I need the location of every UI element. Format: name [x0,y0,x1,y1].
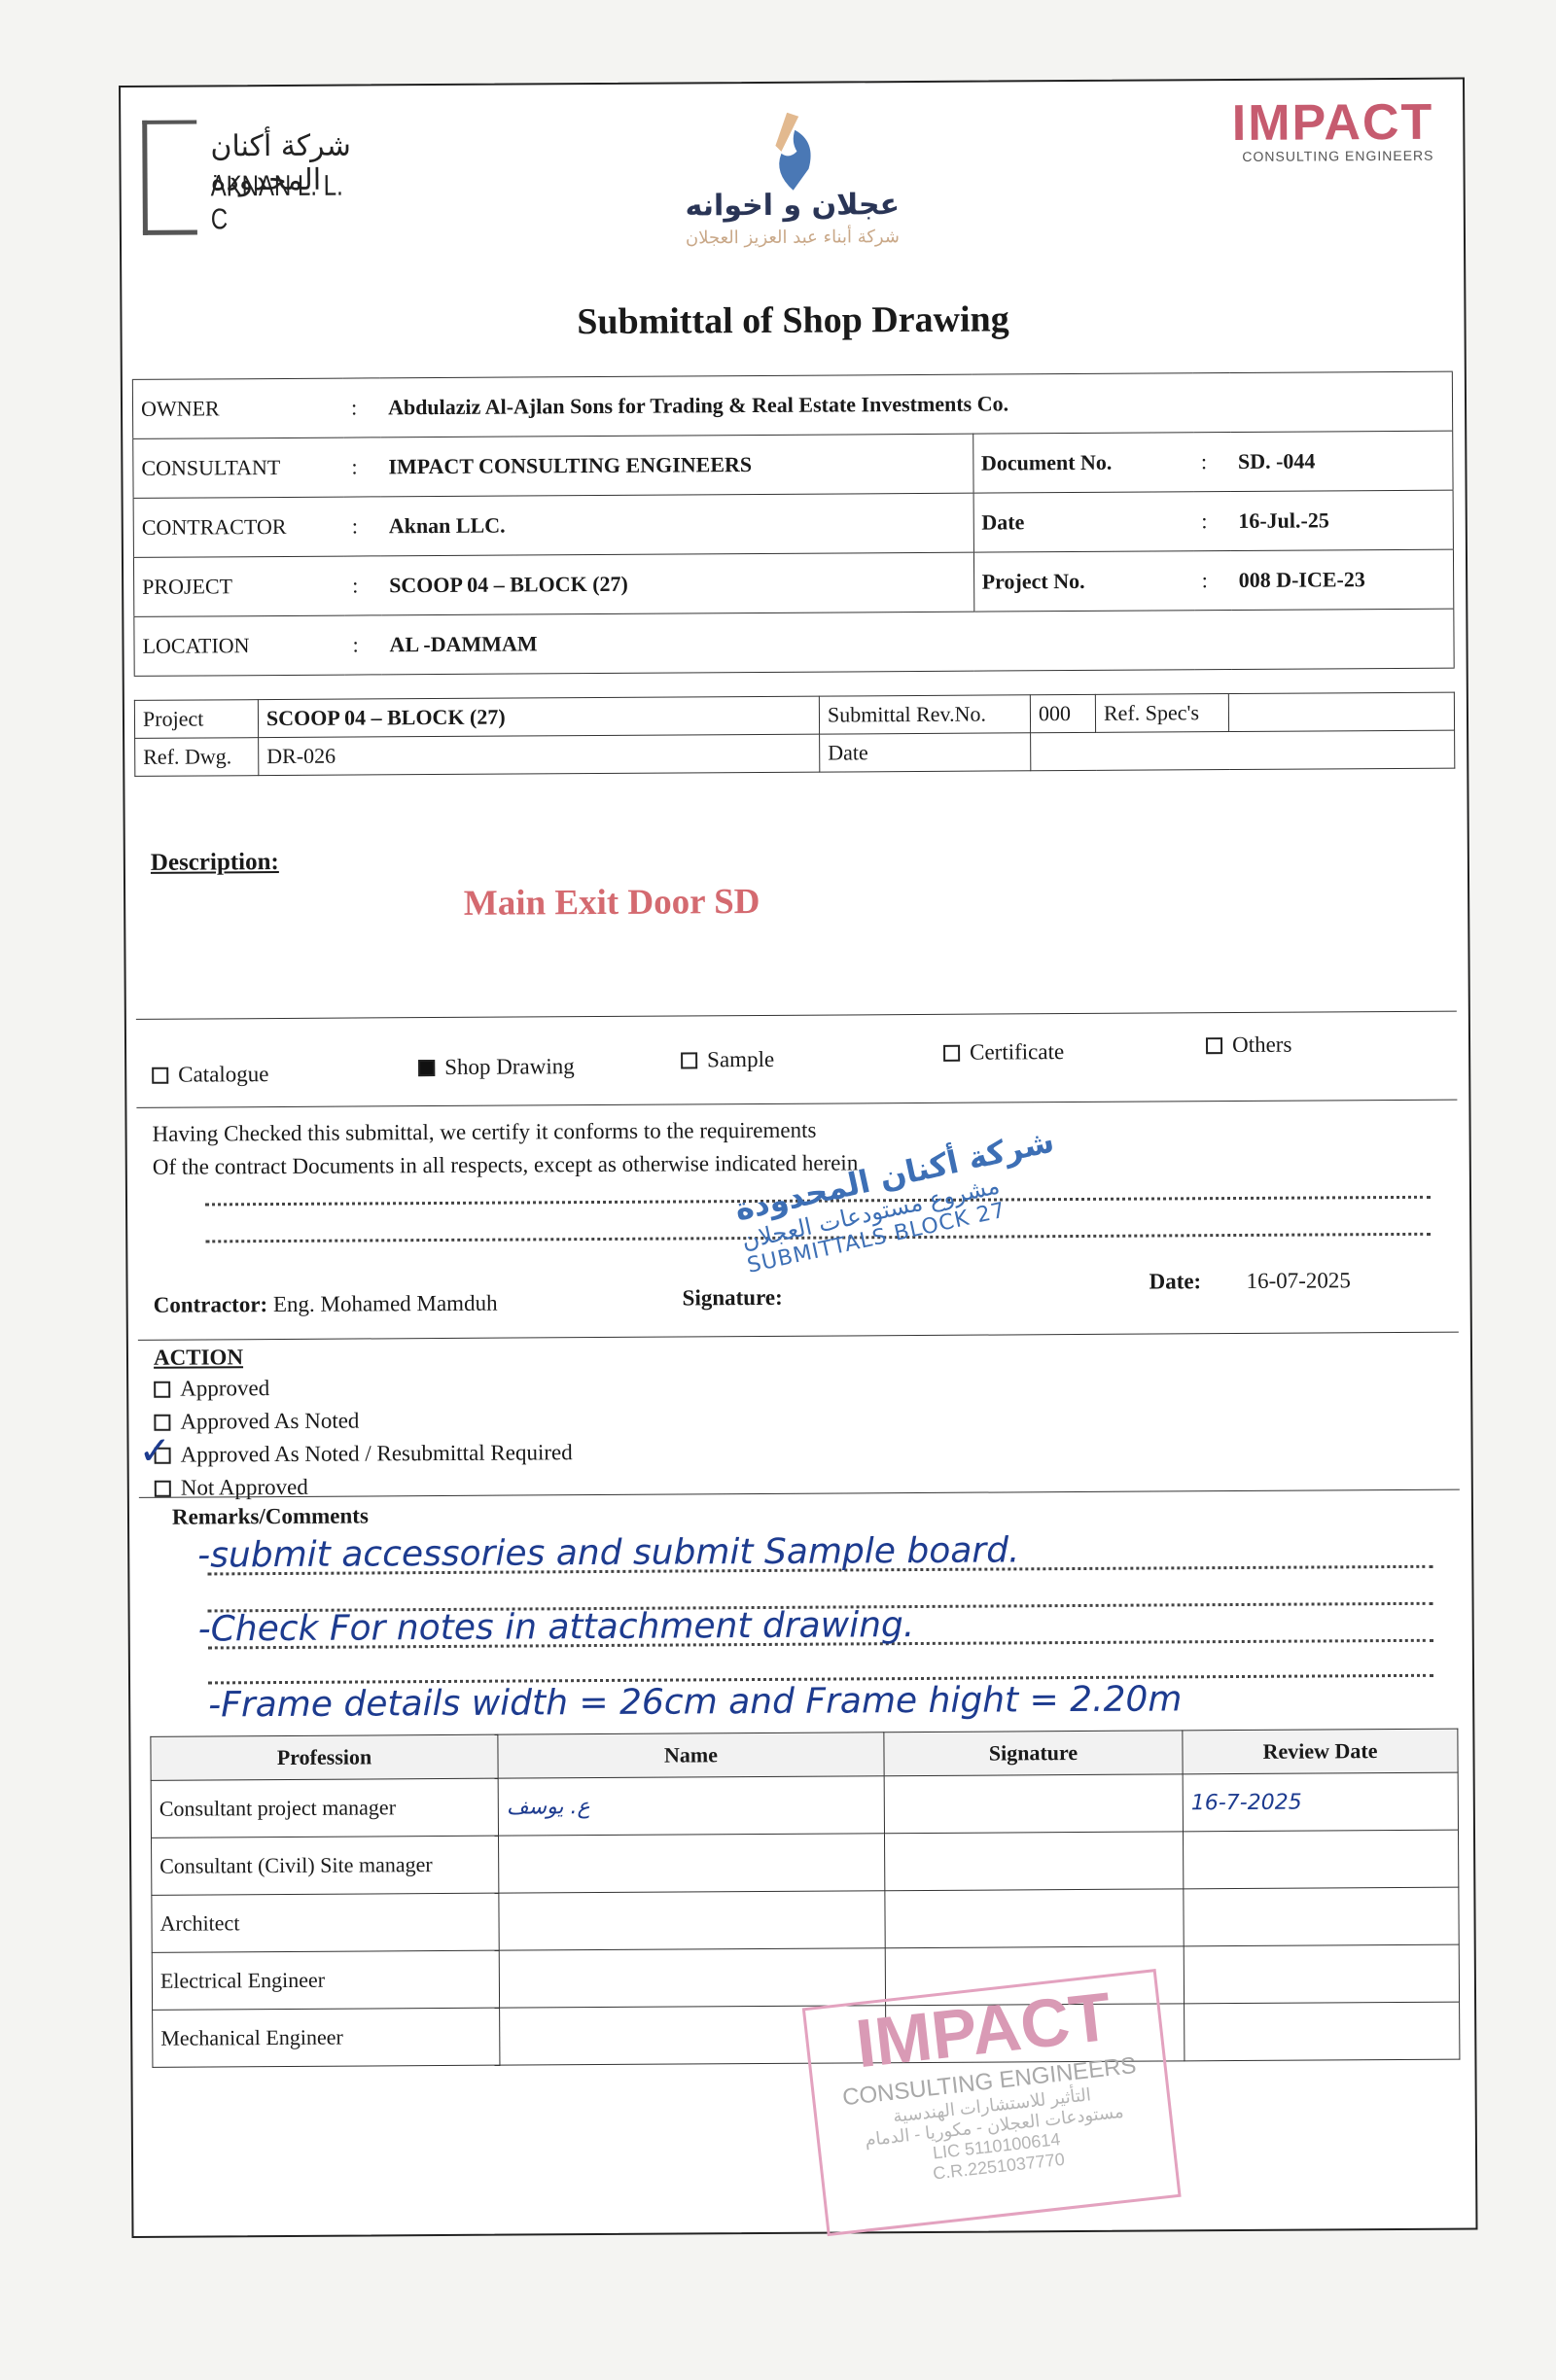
remarks-label: Remarks/Comments [172,1503,369,1529]
profession-cell: Architect [152,1893,499,1952]
column-header: Name [498,1732,884,1778]
location-value: AL -DAMMAM [381,609,1454,675]
table-row: Architect [152,1887,1459,1952]
certification-text: Having Checked this submittal, we certif… [152,1113,858,1183]
checkbox-empty-icon[interactable] [155,1480,171,1496]
type-others[interactable]: Others [1206,1032,1291,1059]
reference-table: Project SCOOP 04 – BLOCK (27) Submittal … [134,692,1455,777]
contractor-value: Aknan LLC. [381,493,973,556]
action-label: Approved As Noted / Resubmittal Required [181,1440,573,1467]
column-header: Profession [151,1734,498,1780]
submittal-type-options: Catalogue Shop Drawing Sample Certificat… [136,1011,1458,1108]
ref-project-label: Project [134,700,258,739]
project-row: PROJECT : SCOOP 04 – BLOCK (27) Project … [133,549,1453,616]
type-certificate[interactable]: Certificate [943,1039,1064,1066]
checkbox-filled-icon[interactable] [418,1060,435,1076]
checkbox-empty-icon[interactable] [943,1044,960,1061]
remark-line-2: -Check For notes in attachment drawing. [198,1605,915,1649]
owner-value: Abdulaziz Al-Ajlan Sons for Trading & Re… [380,371,1453,437]
aknan-english-name: AKNAN L. L. C [211,169,367,236]
owner-row: OWNER : Abdulaziz Al-Ajlan Sons for Trad… [132,371,1452,438]
contractor-signoff: Contractor: Eng. Mohamed Mamduh [154,1291,498,1318]
review-date-cell [1185,2002,1460,2061]
type-catalogue[interactable]: Catalogue [152,1062,268,1088]
document-no-value: SD. -044 [1230,431,1453,491]
checkbox-empty-icon[interactable] [1206,1037,1222,1054]
owner-label: OWNER [132,378,343,438]
column-header: Signature [884,1731,1183,1776]
table-row: Consultant (Civil) Site manager [152,1830,1459,1895]
project-label: PROJECT [133,556,344,616]
impact-logo-subtitle: CONSULTING ENGINEERS [1220,148,1433,164]
table-row: Electrical Engineer [152,1944,1459,2010]
impact-logo-word: IMPACT [1220,97,1433,149]
colon: : [344,615,381,675]
handwritten-check-icon: ✓ [138,1429,171,1474]
ref-spec-label: Ref. Spec's [1095,694,1228,733]
ref-spec-value [1228,692,1454,731]
ref-project-value: SCOOP 04 – BLOCK (27) [258,696,819,738]
certification-date-value: 16-07-2025 [1246,1268,1350,1294]
type-label: Sample [707,1047,774,1072]
review-date-cell [1184,1944,1459,2004]
header-table: OWNER : Abdulaziz Al-Ajlan Sons for Trad… [132,371,1455,677]
remark-line-3: -Frame details width = 26cm and Frame hi… [208,1679,1183,1725]
column-header: Review Date [1183,1729,1458,1774]
contractor-signoff-name: Eng. Mohamed Mamduh [273,1291,498,1316]
name-cell: ع. يوسف [498,1776,884,1836]
ajlan-logo-mark-icon [767,113,816,191]
ajlan-logo: عجلان و اخوانه شركة أبناء عبد العزيز الع… [626,112,958,250]
ajlan-arabic-name: عجلان و اخوانه [627,188,958,224]
table-row: Consultant project manager ع. يوسف 16-7-… [151,1772,1458,1837]
document-no-label: Document No. [972,433,1193,493]
project-no-value: 008 D-ICE-23 [1230,549,1453,610]
consultant-row: CONSULTANT : IMPACT CONSULTING ENGINEERS… [133,431,1453,498]
profession-cell: Mechanical Engineer [153,2008,500,2067]
colon: : [1193,492,1230,551]
action-label: Approved [180,1376,269,1402]
review-date-cell: 16-7-2025 [1183,1772,1458,1832]
date-label: Date [973,492,1194,552]
signature-cell [885,1889,1184,1948]
impact-logo: IMPACT CONSULTING ENGINEERS [1220,97,1433,176]
action-title: ACTION [154,1345,243,1371]
review-date-cell [1183,1830,1458,1889]
signature-cell [884,1774,1183,1834]
submittal-form: شركة أكنان المحدودة AKNAN L. L. C عجلان … [119,78,1477,2238]
colon: : [343,437,380,497]
type-label: Shop Drawing [444,1054,575,1080]
profession-cell: Consultant (Civil) Site manager [152,1836,499,1895]
date-value: 16-Jul.-25 [1230,490,1453,550]
name-cell [499,1891,885,1950]
ref-dwg-value: DR-026 [259,734,820,776]
checkbox-empty-icon[interactable] [152,1067,168,1083]
certification-date-label: Date: [1149,1269,1201,1294]
consultant-value: IMPACT CONSULTING ENGINEERS [380,434,972,497]
signature-cell [884,1832,1183,1891]
action-approved[interactable]: Approved [154,1376,269,1402]
name-cell [499,1834,885,1893]
page-title: Submittal of Shop Drawing [122,296,1464,346]
contractor-label: CONTRACTOR [133,497,344,557]
consultant-stamp: IMPACT CONSULTING ENGINEERS التأثير للاس… [802,1969,1182,2236]
type-shop-drawing[interactable]: Shop Drawing [418,1054,575,1080]
ref-date-value [1031,730,1455,771]
remark-line-1: -submit accessories and submit Sample bo… [197,1530,1019,1575]
colon: : [1193,551,1230,611]
submittal-rev-value: 000 [1030,694,1095,732]
certification-line-1: Having Checked this submittal, we certif… [152,1113,858,1150]
action-approved-as-noted[interactable]: Approved As Noted [154,1409,359,1435]
location-label: LOCATION [134,615,345,676]
submittal-rev-label: Submittal Rev.No. [819,695,1030,734]
ajlan-arabic-subtitle: شركة أبناء عبد العزيز العجلان [627,227,958,249]
location-row: LOCATION : AL -DAMMAM [134,609,1454,676]
colon: : [343,378,380,437]
consultant-label: CONSULTANT [133,437,344,498]
project-no-label: Project No. [973,551,1194,612]
colon: : [344,497,381,556]
ref-dwg-label: Ref. Dwg. [135,738,259,777]
colon: : [344,556,381,615]
review-date-cell [1184,1887,1459,1946]
project-value: SCOOP 04 – BLOCK (27) [381,552,973,615]
contractor-signoff-label: Contractor: [154,1292,268,1317]
name-cell [499,1948,885,2008]
profession-cell: Consultant project manager [151,1778,498,1837]
profession-cell: Electrical Engineer [152,1950,499,2010]
certification-line-2: Of the contract Documents in all respect… [153,1146,859,1183]
description-value: Main Exit Door SD [125,879,1098,927]
description-label: Description: [151,849,279,877]
type-label: Catalogue [178,1062,268,1088]
ref-date-label: Date [820,733,1031,772]
action-label: Approved As Noted [180,1409,359,1435]
aknan-logo-mark [142,121,197,235]
contractor-row: CONTRACTOR : Aknan LLC. Date : 16-Jul.-2… [133,490,1453,557]
type-sample[interactable]: Sample [681,1047,774,1073]
type-label: Certificate [970,1039,1064,1066]
aknan-logo: شركة أكنان المحدودة AKNAN L. L. C [142,119,406,237]
action-approved-resubmit[interactable]: Approved As Noted / Resubmittal Required [155,1440,573,1468]
colon: : [1193,433,1230,492]
checkbox-empty-icon[interactable] [154,1381,170,1397]
checkbox-empty-icon[interactable] [681,1052,697,1068]
type-label: Others [1232,1032,1291,1058]
